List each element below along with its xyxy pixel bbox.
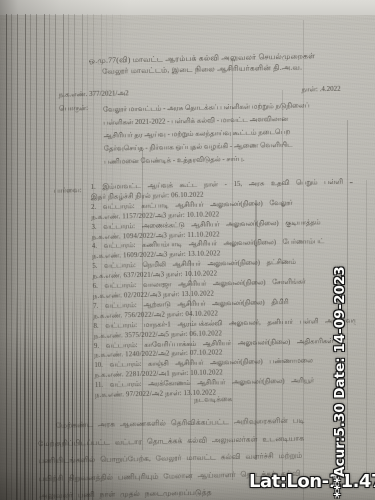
scan-artifact-lines bbox=[0, 0, 375, 500]
gps-lat-lon-overlay: Lat:Lon-11.47:77.11 bbox=[249, 471, 375, 492]
gps-accuracy-date-overlay: ***Acur:5.30 Date: 14-09-2023 bbox=[332, 54, 352, 498]
document-photo: ஒ.மு.77(வி) மாவட்ட ஆரம்பக் கல்வி அலுவலர்… bbox=[0, 0, 375, 500]
